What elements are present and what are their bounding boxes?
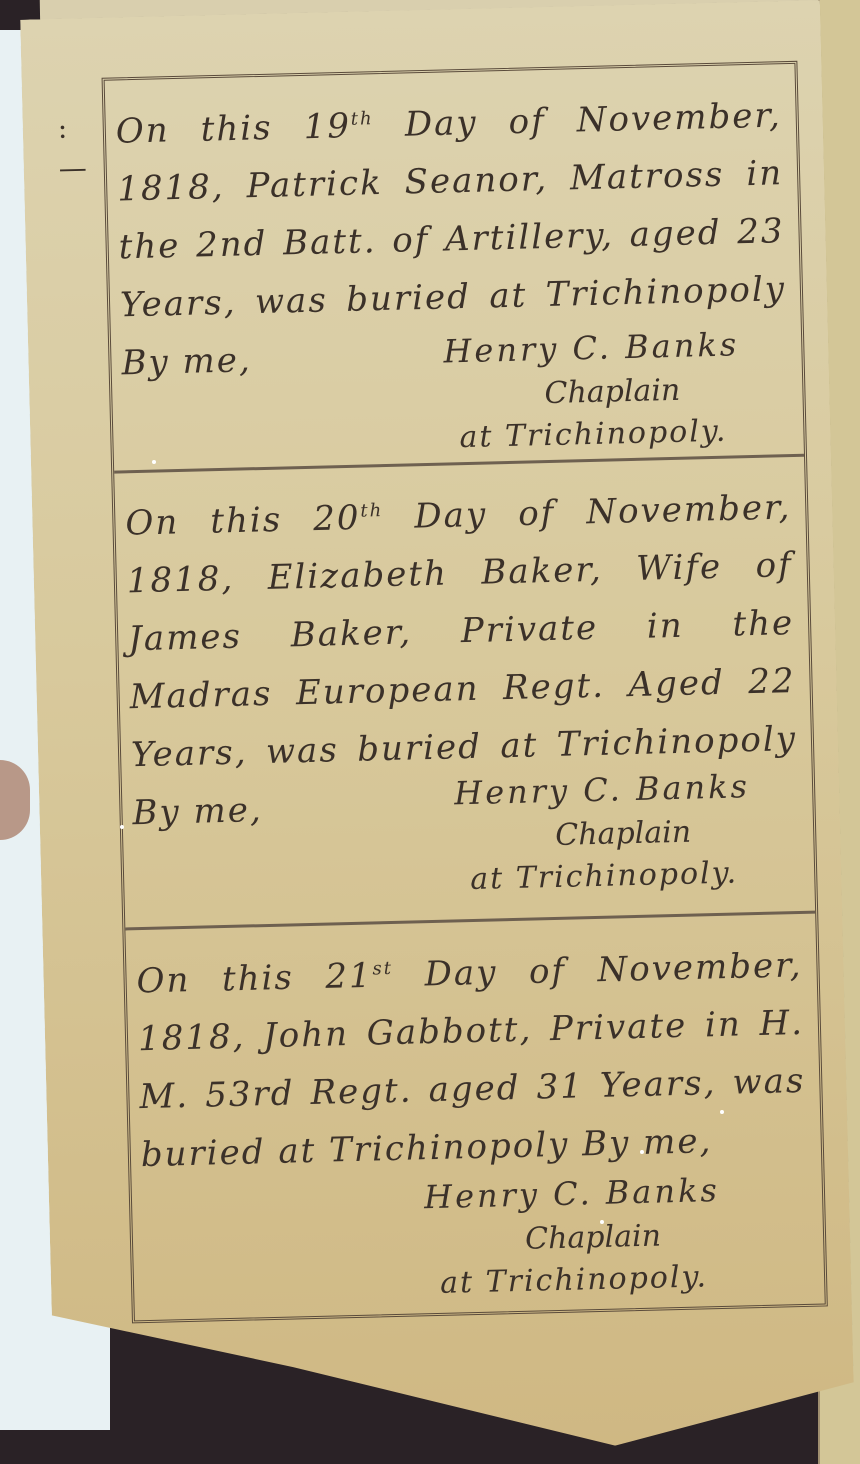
burial-entry-2: On this 20th Day of November, 1818, Eliz… bbox=[114, 456, 815, 931]
paper-speck bbox=[640, 1150, 644, 1154]
day-suffix: st bbox=[372, 958, 393, 979]
day-suffix: th bbox=[360, 500, 383, 522]
chaplain-signature: Henry C. Banks Chaplain at Trichinopoly. bbox=[432, 762, 775, 902]
day-suffix: th bbox=[351, 108, 374, 130]
signature-place: at Trichinopoly. bbox=[434, 852, 775, 902]
ruled-frame: : — On this 19th Day of November, 1818, … bbox=[102, 61, 828, 1324]
signature-name: Henry C. Banks bbox=[401, 1165, 742, 1221]
paper-speck bbox=[720, 1110, 724, 1114]
paper-speck bbox=[120, 825, 124, 829]
signature-place: at Trichinopoly. bbox=[423, 410, 764, 460]
entry-day: 19 bbox=[303, 106, 351, 147]
entry-intro: On this bbox=[136, 958, 294, 1002]
paper-speck bbox=[600, 1220, 604, 1224]
chaplain-signature: Henry C. Banks Chaplain at Trichinopoly. bbox=[421, 320, 764, 460]
margin-dash-mark: — bbox=[58, 151, 87, 185]
entry-text: On this 21st Day of November, 1818, John… bbox=[136, 930, 808, 1185]
paper-speck bbox=[152, 460, 156, 464]
entry-day: 20 bbox=[313, 498, 361, 539]
entry-intro: On this bbox=[115, 108, 273, 152]
burial-entry-3: On this 21st Day of November, 1818, John… bbox=[125, 914, 824, 1316]
margin-colon-mark: : bbox=[57, 112, 67, 145]
register-page: : — On this 19th Day of November, 1818, … bbox=[20, 0, 855, 1459]
entry-day: 21 bbox=[325, 956, 373, 997]
signature-place: at Trichinopoly. bbox=[404, 1255, 745, 1305]
chaplain-signature: Henry C. Banks Chaplain at Trichinopoly. bbox=[401, 1165, 744, 1305]
burial-entry-1: On this 19th Day of November, 1818, Patr… bbox=[105, 64, 804, 474]
signature-name: Henry C. Banks bbox=[432, 762, 773, 818]
entry-intro: On this bbox=[125, 500, 283, 544]
signature-name: Henry C. Banks bbox=[421, 320, 762, 376]
